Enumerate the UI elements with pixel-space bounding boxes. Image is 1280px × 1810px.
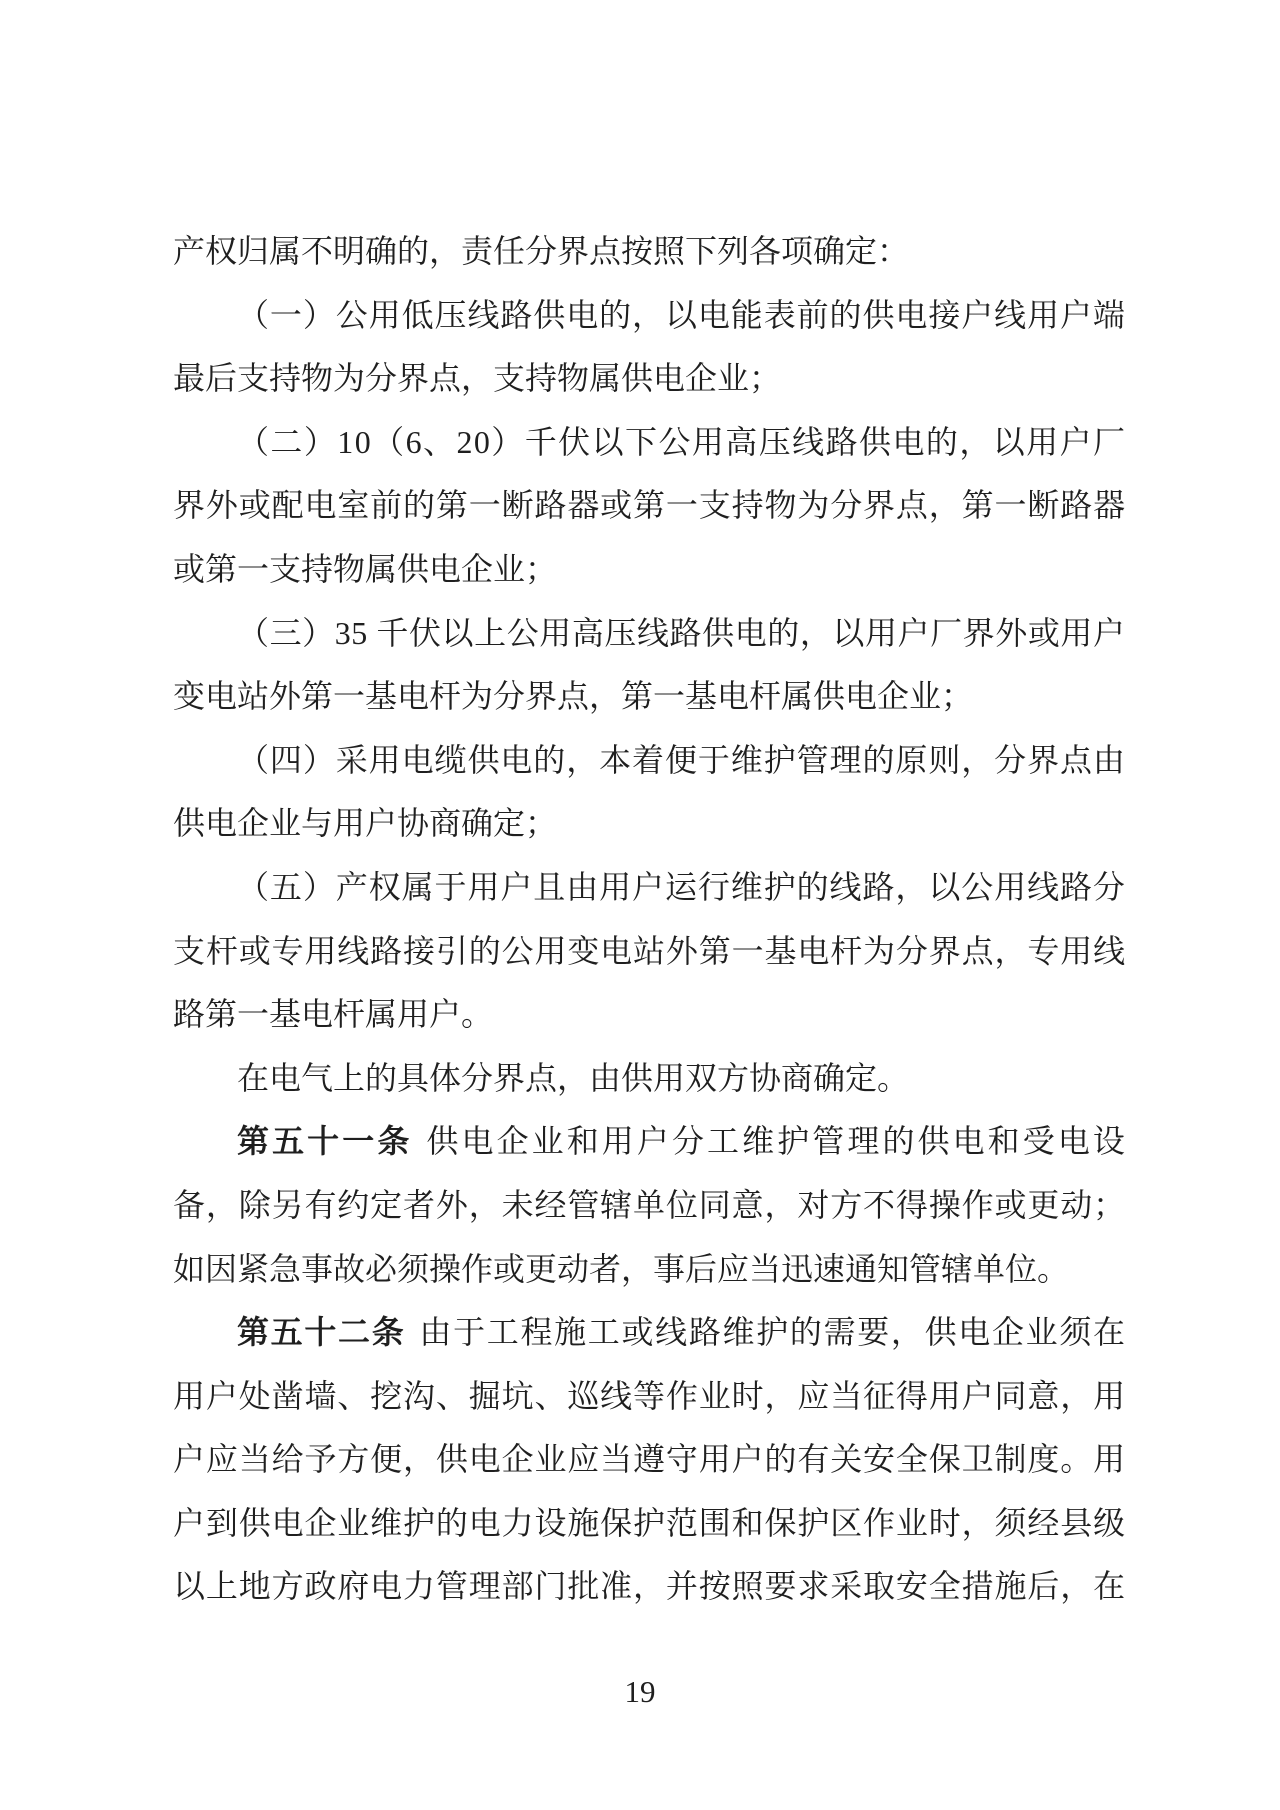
text-segment: 在电气上的具体分界点，由供用双方协商确定。 — [237, 1060, 909, 1096]
text-line-content: （四）采用电缆供电的，本着便于维护管理的原则，分界点由 — [237, 729, 1126, 793]
text-segment: 备，除另有约定者外，未经管辖单位同意，对方不得操作或更动； — [173, 1187, 1126, 1223]
text-line: 界外或配电室前的第一断路器或第一支持物为分界点，第一断路器 — [173, 474, 1125, 538]
text-line-content: （一）公用低压线路供电的，以电能表前的供电接户线用户端 — [237, 284, 1126, 348]
text-line-content: 如因紧急事故必须操作或更动者，事后应当迅速通知管辖单位。 — [173, 1238, 1069, 1302]
text-line: （三）35 千伏以上公用高压线路供电的，以用户厂界外或用户 — [173, 602, 1125, 666]
text-segment: （五）产权属于用户且由用户运行维护的线路，以公用线路分 — [237, 869, 1126, 905]
text-segment: 供电企业与用户协商确定； — [173, 805, 557, 841]
text-line: 用户处凿墙、挖沟、掘坑、巡线等作业时，应当征得用户同意，用 — [173, 1365, 1125, 1429]
text-line: 第五十二条由于工程施工或线路维护的需要，供电企业须在 — [173, 1301, 1125, 1365]
text-line-content: （二）10（6、20）千伏以下公用高压线路供电的，以用户厂 — [237, 411, 1126, 475]
page-number: 19 — [0, 1672, 1280, 1712]
text-segment: 以上地方政府电力管理部门批准，并按照要求采取安全措施后，在 — [173, 1568, 1126, 1604]
text-line: （五）产权属于用户且由用户运行维护的线路，以公用线路分 — [173, 856, 1125, 920]
text-line-content: （五）产权属于用户且由用户运行维护的线路，以公用线路分 — [237, 856, 1126, 920]
text-segment: （三）35 千伏以上公用高压线路供电的，以用户厂界外或用户 — [237, 615, 1126, 651]
text-line-content: 路第一基电杆属用户。 — [173, 983, 493, 1047]
text-line-content: 或第一支持物属供电企业； — [173, 538, 557, 602]
text-line-content: （三）35 千伏以上公用高压线路供电的，以用户厂界外或用户 — [237, 602, 1126, 666]
text-line-content: 第五十二条由于工程施工或线路维护的需要，供电企业须在 — [237, 1301, 1127, 1365]
article-number: 第五十二条 — [237, 1314, 405, 1350]
text-line: 以上地方政府电力管理部门批准，并按照要求采取安全措施后，在 — [173, 1555, 1125, 1619]
text-line: 产权归属不明确的，责任分界点按照下列各项确定： — [173, 220, 1125, 284]
text-line-content: 以上地方政府电力管理部门批准，并按照要求采取安全措施后，在 — [173, 1555, 1126, 1619]
text-segment: 户应当给予方便，供电企业应当遵守用户的有关安全保卫制度。用 — [173, 1441, 1126, 1477]
text-segment: 产权归属不明确的，责任分界点按照下列各项确定： — [173, 233, 909, 269]
text-segment: 最后支持物为分界点，支持物属供电企业； — [173, 360, 781, 396]
text-segment: 用户处凿墙、挖沟、掘坑、巡线等作业时，应当征得用户同意，用 — [173, 1378, 1126, 1414]
text-line-content: 户到供电企业维护的电力设施保护范围和保护区作业时，须经县级 — [173, 1492, 1126, 1556]
text-line: 路第一基电杆属用户。 — [173, 983, 1125, 1047]
text-line: 户到供电企业维护的电力设施保护范围和保护区作业时，须经县级 — [173, 1492, 1125, 1556]
text-line: 变电站外第一基电杆为分界点，第一基电杆属供电企业； — [173, 665, 1125, 729]
text-line: 如因紧急事故必须操作或更动者，事后应当迅速通知管辖单位。 — [173, 1238, 1125, 1302]
text-line-content: 供电企业与用户协商确定； — [173, 792, 557, 856]
text-segment: 路第一基电杆属用户。 — [173, 996, 493, 1032]
text-segment: （四）采用电缆供电的，本着便于维护管理的原则，分界点由 — [237, 742, 1126, 778]
text-line-content: 第五十一条供电企业和用户分工维护管理的供电和受电设 — [237, 1110, 1128, 1174]
text-segment: 供电企业和用户分工维护管理的供电和受电设 — [426, 1123, 1128, 1159]
text-segment: 变电站外第一基电杆为分界点，第一基电杆属供电企业； — [173, 678, 973, 714]
text-line-content: 支杆或专用线路接引的公用变电站外第一基电杆为分界点，专用线 — [173, 920, 1126, 984]
text-line: 支杆或专用线路接引的公用变电站外第一基电杆为分界点，专用线 — [173, 920, 1125, 984]
text-line-content: 在电气上的具体分界点，由供用双方协商确定。 — [237, 1047, 909, 1111]
text-line: （四）采用电缆供电的，本着便于维护管理的原则，分界点由 — [173, 729, 1125, 793]
text-line: 或第一支持物属供电企业； — [173, 538, 1125, 602]
article-number: 第五十一条 — [237, 1123, 412, 1159]
text-line-content: 界外或配电室前的第一断路器或第一支持物为分界点，第一断路器 — [173, 474, 1126, 538]
text-segment: （二）10（6、20）千伏以下公用高压线路供电的，以用户厂 — [237, 424, 1126, 460]
text-line-content: 最后支持物为分界点，支持物属供电企业； — [173, 347, 781, 411]
text-line: 户应当给予方便，供电企业应当遵守用户的有关安全保卫制度。用 — [173, 1428, 1125, 1492]
text-line: 供电企业与用户协商确定； — [173, 792, 1125, 856]
document-page: 产权归属不明确的，责任分界点按照下列各项确定：（一）公用低压线路供电的，以电能表… — [0, 0, 1280, 1810]
text-segment: 或第一支持物属供电企业； — [173, 551, 557, 587]
text-line: （一）公用低压线路供电的，以电能表前的供电接户线用户端 — [173, 284, 1125, 348]
text-line: 第五十一条供电企业和用户分工维护管理的供电和受电设 — [173, 1110, 1125, 1174]
text-line-content: 备，除另有约定者外，未经管辖单位同意，对方不得操作或更动； — [173, 1174, 1126, 1238]
text-segment: 户到供电企业维护的电力设施保护范围和保护区作业时，须经县级 — [173, 1505, 1126, 1541]
text-segment: 界外或配电室前的第一断路器或第一支持物为分界点，第一断路器 — [173, 487, 1126, 523]
text-line-content: 产权归属不明确的，责任分界点按照下列各项确定： — [173, 220, 909, 284]
text-line: 最后支持物为分界点，支持物属供电企业； — [173, 347, 1125, 411]
text-segment: 支杆或专用线路接引的公用变电站外第一基电杆为分界点，专用线 — [173, 933, 1126, 969]
text-line: （二）10（6、20）千伏以下公用高压线路供电的，以用户厂 — [173, 411, 1125, 475]
text-line-content: 变电站外第一基电杆为分界点，第一基电杆属供电企业； — [173, 665, 973, 729]
document-body: 产权归属不明确的，责任分界点按照下列各项确定：（一）公用低压线路供电的，以电能表… — [173, 220, 1125, 1619]
text-line-content: 户应当给予方便，供电企业应当遵守用户的有关安全保卫制度。用 — [173, 1428, 1126, 1492]
text-segment: 由于工程施工或线路维护的需要，供电企业须在 — [419, 1314, 1126, 1350]
text-line: 在电气上的具体分界点，由供用双方协商确定。 — [173, 1047, 1125, 1111]
text-line-content: 用户处凿墙、挖沟、掘坑、巡线等作业时，应当征得用户同意，用 — [173, 1365, 1126, 1429]
text-segment: 如因紧急事故必须操作或更动者，事后应当迅速通知管辖单位。 — [173, 1251, 1069, 1287]
text-line: 备，除另有约定者外，未经管辖单位同意，对方不得操作或更动； — [173, 1174, 1125, 1238]
text-segment: （一）公用低压线路供电的，以电能表前的供电接户线用户端 — [237, 297, 1126, 333]
